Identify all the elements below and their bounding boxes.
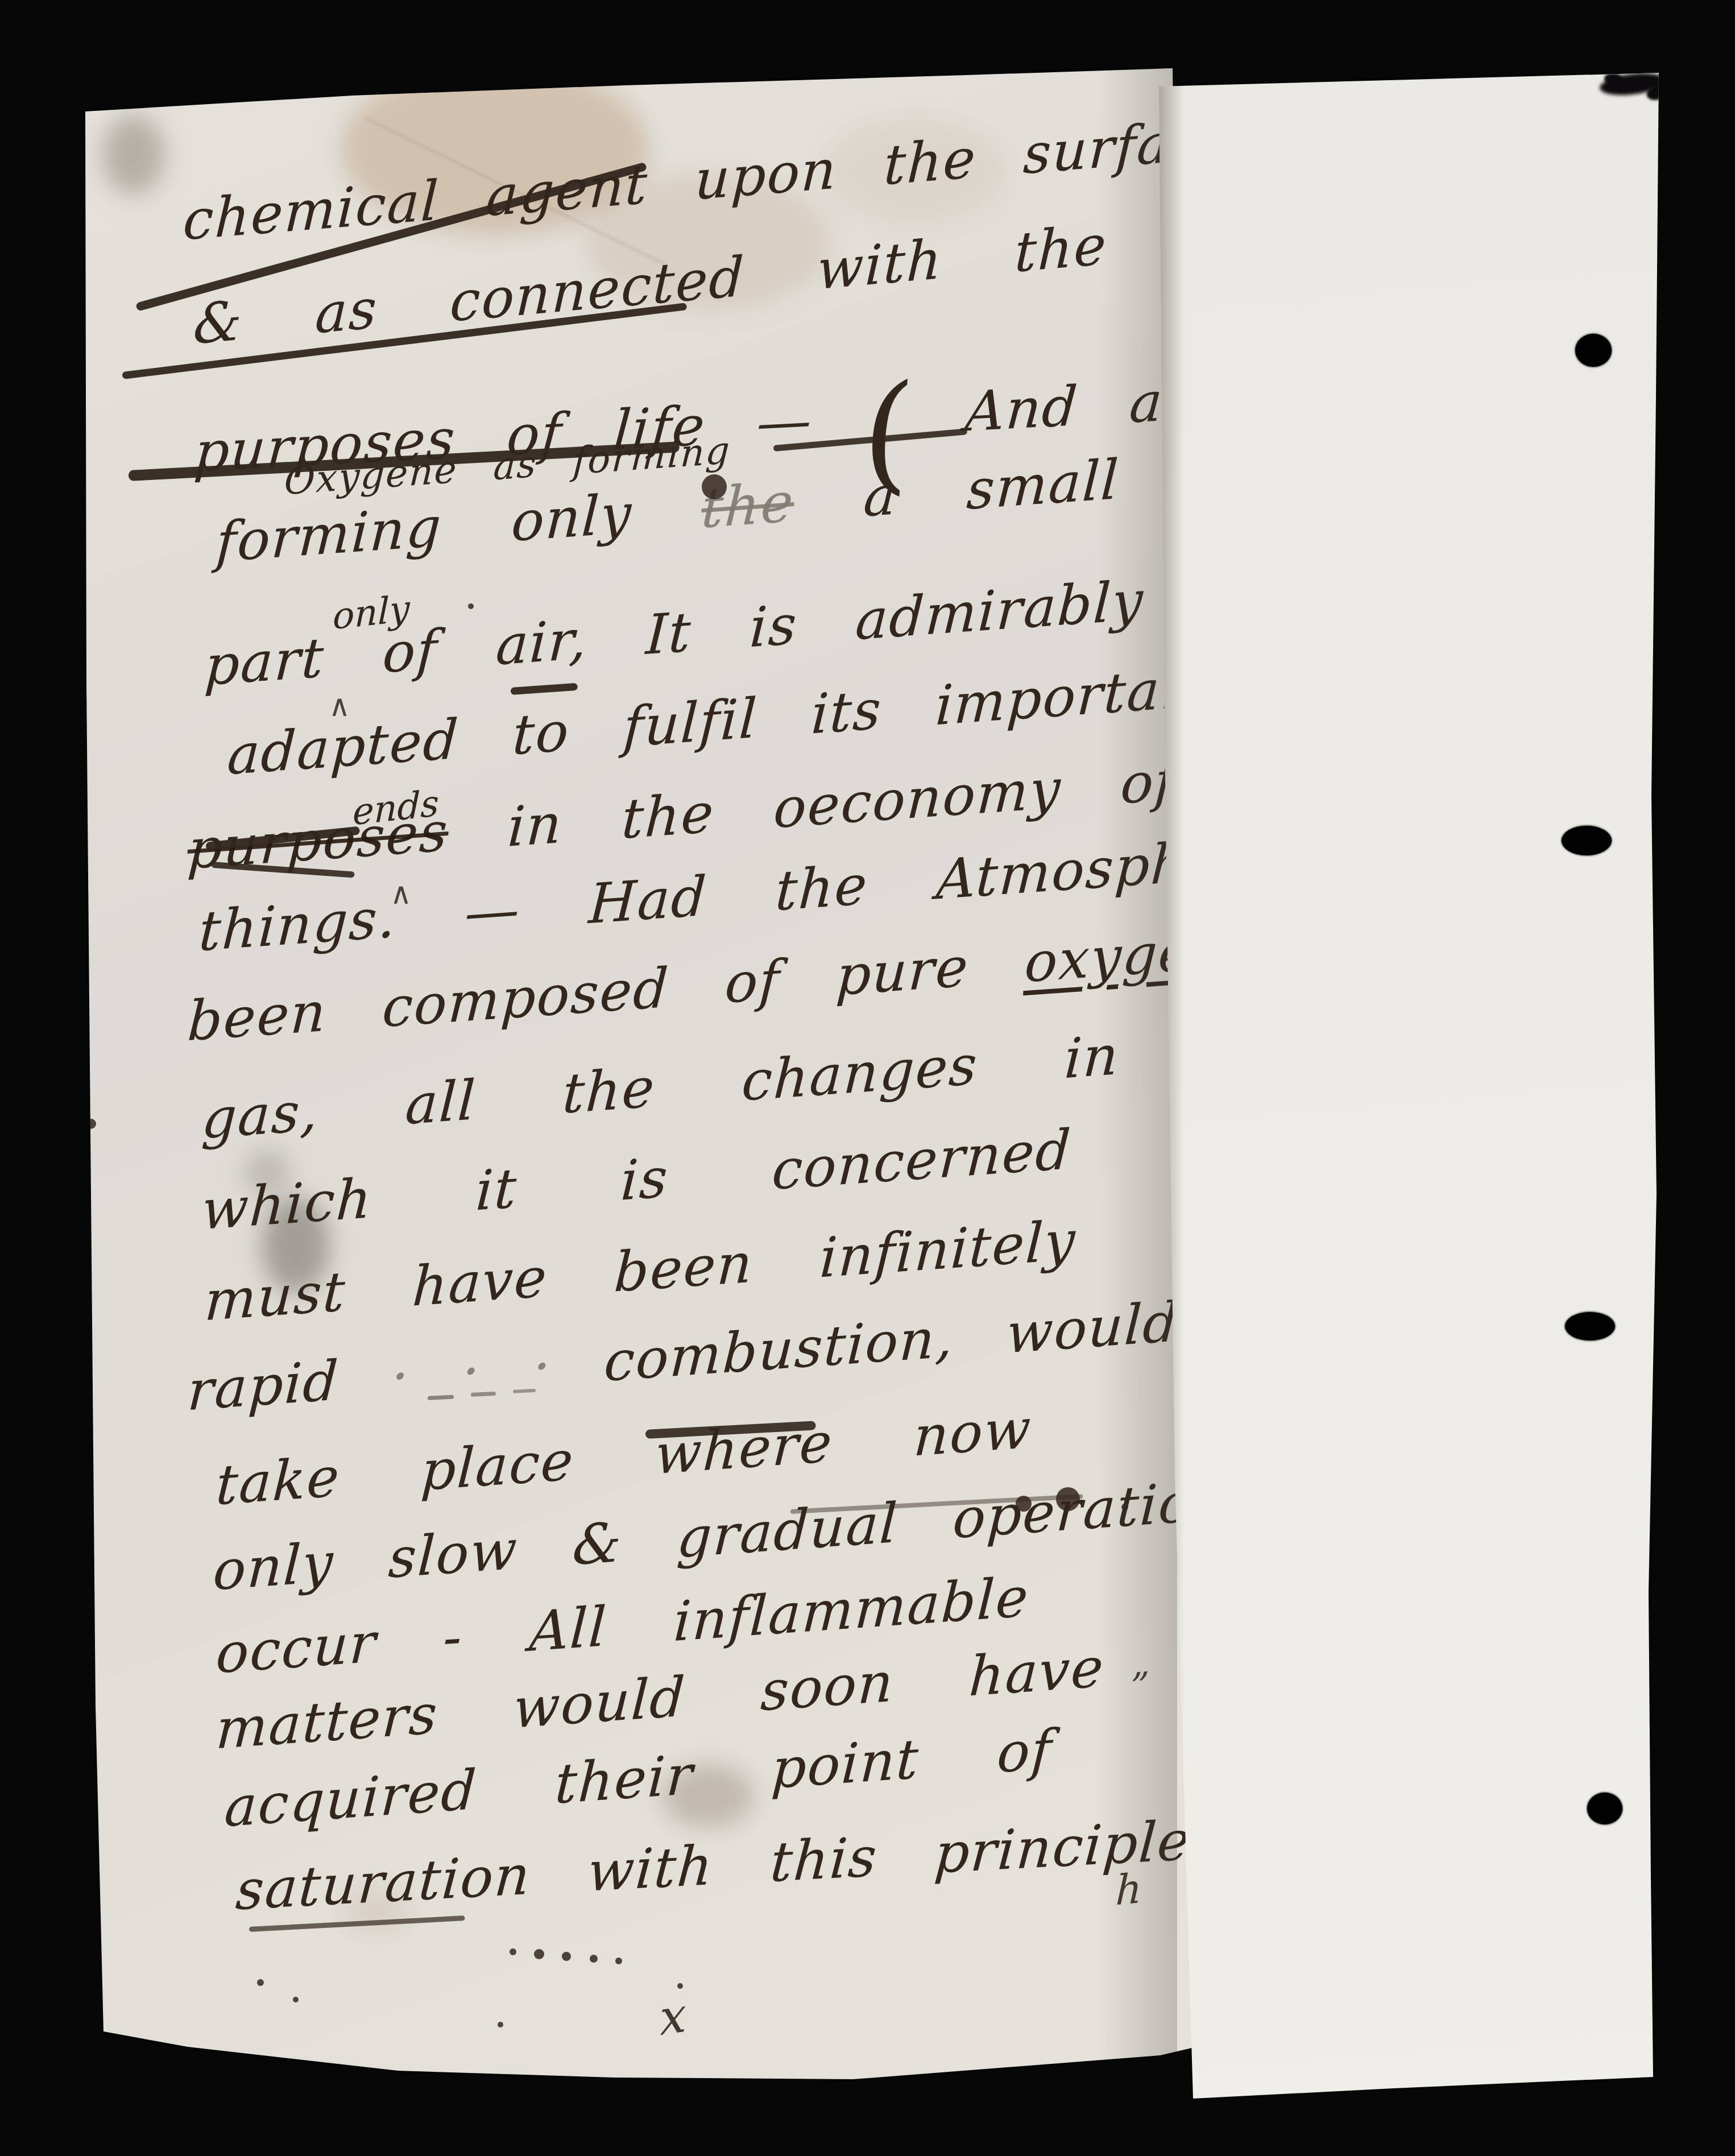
text-segment: saturation: [234, 1843, 533, 1923]
text-segment: combustion,: [603, 1305, 956, 1394]
ink-dot: [257, 1979, 264, 1986]
punch-hole: [1587, 1793, 1622, 1824]
ink-dot: [498, 2022, 503, 2027]
text-segment: acquired their: [223, 1743, 695, 1839]
text-segment: · · ·: [390, 1334, 553, 1409]
text-segment: all the changes in: [404, 1023, 1121, 1137]
ink-dot: [1056, 1487, 1080, 1511]
ink-stroke: [511, 682, 578, 694]
punch-hole: [1565, 1312, 1615, 1340]
ink-dot: [510, 1948, 516, 1955]
text-segment: gas,: [200, 1079, 321, 1151]
ink-dot: [590, 1955, 598, 1963]
inserted-word: only: [332, 587, 410, 638]
punch-hole: [1562, 826, 1612, 855]
ink-dot: [86, 1119, 96, 1129]
ink-dot: [562, 1952, 571, 1961]
ink-dot: [468, 603, 474, 609]
ink-dot: [1016, 1496, 1032, 1512]
text-segment: air,: [494, 607, 589, 678]
ink-dot: [615, 1958, 622, 1964]
ink-dot: [293, 1997, 299, 2002]
ink-dot: [702, 474, 727, 499]
text-segment: things. —: [197, 877, 522, 963]
ink-dot: [534, 1949, 544, 1959]
photo-canvas: chemical agent upon the surface& as conn…: [0, 0, 1735, 2156]
text-segment: rapid: [186, 1348, 341, 1423]
caret-mark: ∧: [390, 877, 412, 911]
text-segment: And: [963, 374, 1080, 444]
punch-hole: [1575, 334, 1612, 367]
caret-mark: ∧: [329, 689, 350, 723]
text-segment: occur -: [214, 1604, 465, 1686]
text-segment: It is admirably: [644, 568, 1145, 667]
stray-mark: x: [659, 1987, 687, 2046]
text-segment: part: [203, 626, 326, 698]
text-segment: point of: [770, 1718, 1054, 1801]
paper-stain: [102, 115, 165, 195]
